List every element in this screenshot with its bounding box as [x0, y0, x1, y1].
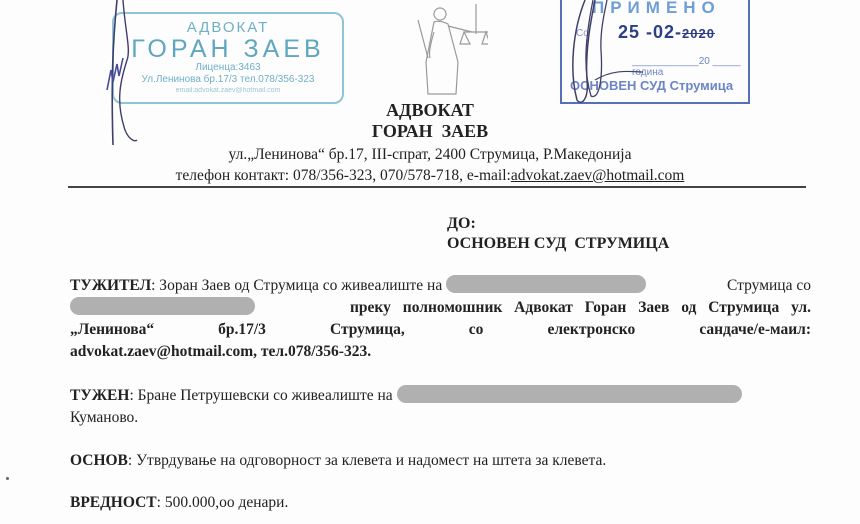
- basis-label: ОСНОВ: [70, 452, 128, 469]
- court-signature-icon: [555, 0, 645, 105]
- plaintiff-line-1: ТУЖИТЕЛ: Зоран Заев од Струмица со живеа…: [70, 275, 811, 297]
- letterhead-contact: телефон контакт: 078/356-323, 070/578-71…: [0, 167, 860, 185]
- addressee-label: ДО:: [447, 214, 669, 234]
- defendant-label: ТУЖЕН: [70, 387, 129, 404]
- scan-speck: [6, 477, 9, 480]
- plaintiff-city-2: Струмица,: [330, 319, 405, 341]
- court-stamp-line-num: 20: [699, 56, 710, 67]
- defendant-line-1: ТУЖЕН: Бране Петрушевски со живеалиште н…: [70, 385, 811, 407]
- addressee-court: ОСНОВЕН СУД СТРУМИЦА: [447, 234, 669, 254]
- plaintiff-city: Струмица со: [727, 275, 811, 297]
- lady-justice-icon: [398, 2, 488, 98]
- value-text: : 500.000,оо денари.: [157, 494, 289, 511]
- letterhead-email-link[interactable]: advokat.zaev@hotmail.com: [511, 167, 685, 184]
- redacted-defendant-address: [397, 385, 742, 403]
- plaintiff-line-3: „Ленинова“ бр.17/3 Струмица, со електрон…: [70, 319, 811, 341]
- plaintiff-word-email: сандаче/е-маил:: [699, 319, 811, 341]
- basis-section: ОСНОВ: Утврдување на одговорност за клев…: [70, 450, 811, 472]
- defendant-text: : Бране Петрушевски со живеалиште на: [129, 387, 392, 404]
- value-section: ВРЕДНОСТ: 500.000,оо денари.: [70, 492, 811, 514]
- plaintiff-line-2: преку полномошник Адвокат Горан Заев од …: [70, 297, 811, 319]
- plaintiff-text: : Зоран Заев од Струмица со живеалиште н…: [151, 277, 442, 294]
- plaintiff-street: „Ленинова“: [70, 319, 154, 341]
- addressee-block: ДО: ОСНОВЕН СУД СТРУМИЦА: [447, 214, 669, 254]
- letterhead-name: ГОРАН ЗАЕВ: [0, 121, 860, 142]
- defendant-line-2: Куманово.: [70, 407, 811, 429]
- letterhead-address: ул.„Ленинова“ бр.17, III-спрат, 2400 Стр…: [0, 146, 860, 164]
- letterhead-phone: телефон контакт: 078/356-323, 070/578-71…: [176, 167, 511, 184]
- court-stamp-year-line: ____________20 _____ година: [632, 56, 748, 78]
- letterhead-title: АДВОКАТ: [0, 100, 860, 121]
- header-divider: [68, 186, 806, 188]
- plaintiff-word-so: со: [469, 319, 484, 341]
- plaintiff-label: ТУЖИТЕЛ: [70, 277, 151, 294]
- plaintiff-attorney: преку полномошник Адвокат Горан Заев од …: [350, 297, 811, 319]
- plaintiff-number: бр.17/3: [218, 319, 266, 341]
- plaintiff-word-electronic: електронско: [547, 319, 635, 341]
- court-stamp-year: 2020: [682, 26, 715, 41]
- redacted-address: [446, 275, 646, 293]
- redacted-info: [70, 297, 255, 315]
- defendant-section: ТУЖЕН: Бране Петрушевски со живеалиште н…: [70, 385, 811, 429]
- plaintiff-section: ТУЖИТЕЛ: Зоран Заев од Струмица со живеа…: [70, 275, 811, 363]
- value-label: ВРЕДНОСТ: [70, 494, 157, 511]
- basis-text: : Утврдување на одговорност за клевета и…: [128, 452, 606, 469]
- plaintiff-line-4: advokat.zaev@hotmail.com, тел.078/356-32…: [70, 341, 811, 363]
